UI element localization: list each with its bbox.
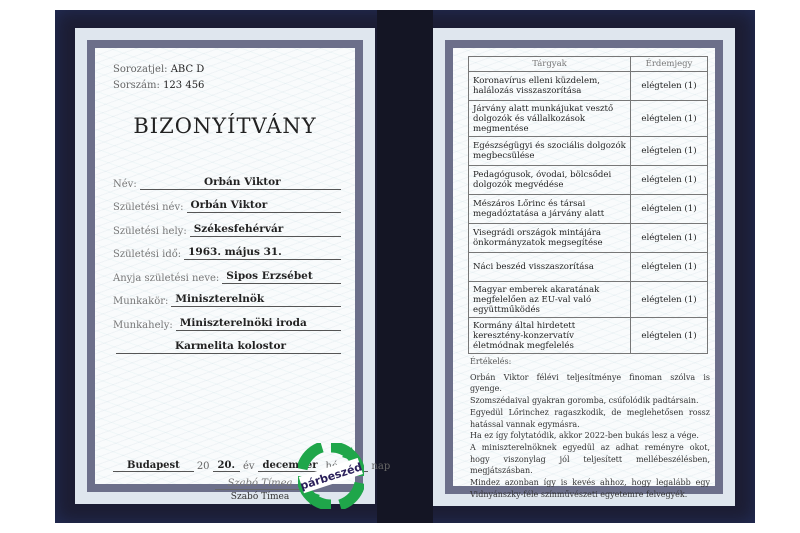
subject-cell: Magyar emberek akaratának megfelelően az… <box>469 282 631 318</box>
grade-cell: elégtelen (1) <box>631 137 708 166</box>
evaluation-text: Orbán Viktor félévi teljesítménye finoma… <box>470 372 710 501</box>
table-row: Mészáros Lőrinc és társai megadóztatása … <box>469 195 708 224</box>
subject-cell: Pedagógusok, óvodai, bölcsődei dolgozók … <box>469 166 631 195</box>
subject-cell: Náci beszéd visszaszorítása <box>469 253 631 282</box>
field-name: Név: Orbán Viktor <box>113 166 341 190</box>
field-birth-name: Születési név: Orbán Viktor <box>113 190 341 214</box>
folder-spine <box>377 10 433 523</box>
table-header-row: Tárgyak Érdemjegy <box>469 57 708 72</box>
header-subjects: Tárgyak <box>469 57 631 72</box>
grade-cell: elégtelen (1) <box>631 72 708 101</box>
subject-cell: Egészségügyi és szociális dolgozók megbe… <box>469 137 631 166</box>
issue-place: Budapest <box>113 460 194 472</box>
grade-cell: elégtelen (1) <box>631 282 708 318</box>
field-birth-date: Születési idő: 1963. május 31. <box>113 237 341 261</box>
grade-cell: elégtelen (1) <box>631 101 708 137</box>
table-row: Náci beszéd visszaszorításaelégtelen (1) <box>469 253 708 282</box>
evaluation-paragraph: Orbán Viktor félévi teljesítménye finoma… <box>470 372 710 395</box>
table-row: Koronavírus elleni küzdelem, halálozás v… <box>469 72 708 101</box>
issue-year: 20. <box>213 460 240 472</box>
grades-table: Tárgyak Érdemjegy Koronavírus elleni küz… <box>468 56 708 354</box>
table-row: Pedagógusok, óvodai, bölcsődei dolgozók … <box>469 166 708 195</box>
evaluation-paragraph: Mindez azonban így is kevés ahhoz, hogy … <box>470 477 710 500</box>
subject-cell: Koronavírus elleni küzdelem, halálozás v… <box>469 72 631 101</box>
table-row: Kormány által hirdetett keresztény-konze… <box>469 318 708 354</box>
table-row: Egészségügyi és szociális dolgozók megbe… <box>469 137 708 166</box>
left-page: Sorozatjel: ABC D Sorszám: 123 456 BIZON… <box>75 28 375 504</box>
evaluation-paragraph: A miniszterelnöknek egyedül az adhat rem… <box>470 442 710 477</box>
subject-cell: Járvány alatt munkájukat vesztő dolgozók… <box>469 101 631 137</box>
series-value: ABC D <box>171 64 205 75</box>
signature: Szabó Tímea <box>215 478 305 490</box>
table-row: Visegrádi országok mintájára önkormányza… <box>469 224 708 253</box>
header-grade: Érdemjegy <box>631 57 708 72</box>
evaluation-paragraph: Szomszédaival gyakran goromba, csúfolódi… <box>470 395 710 407</box>
table-row: Magyar emberek akaratának megfelelően az… <box>469 282 708 318</box>
subject-cell: Mészáros Lőrinc és társai megadóztatása … <box>469 195 631 224</box>
field-workplace-address: Karmelita kolostor <box>113 331 341 355</box>
grade-cell: elégtelen (1) <box>631 166 708 195</box>
signature-block: Szabó Tímea Szabó Tímea <box>215 478 305 502</box>
field-position: Munkakör: Miniszterelnök <box>113 284 341 308</box>
left-page-paper: Sorozatjel: ABC D Sorszám: 123 456 BIZON… <box>95 48 355 484</box>
serial-info: Sorozatjel: ABC D Sorszám: 123 456 <box>113 62 204 94</box>
grade-cell: elégtelen (1) <box>631 318 708 354</box>
number-value: 123 456 <box>163 80 204 91</box>
evaluation-paragraph: Egyedül Lőrinchez ragaszkodik, de megleh… <box>470 407 710 430</box>
field-workplace: Munkahely: Miniszterelnöki iroda <box>113 307 341 331</box>
personal-fields: Név: Orbán Viktor Születési név: Orbán V… <box>113 166 341 354</box>
subject-cell: Visegrádi országok mintájára önkormányza… <box>469 224 631 253</box>
parbeszed-logo-icon: párbeszéd <box>298 443 364 509</box>
table-row: Járvány alatt munkájukat vesztő dolgozók… <box>469 101 708 137</box>
subject-cell: Kormány által hirdetett keresztény-konze… <box>469 318 631 354</box>
grade-cell: elégtelen (1) <box>631 195 708 224</box>
number-label: Sorszám: <box>113 80 160 91</box>
document-title: BIZONYÍTVÁNY <box>95 114 355 138</box>
evaluation-heading: Értékelés: <box>470 356 710 368</box>
grade-cell: elégtelen (1) <box>631 224 708 253</box>
signatory-name: Szabó Tímea <box>215 492 305 502</box>
field-mother-name: Anyja születési neve: Sipos Erzsébet <box>113 260 341 284</box>
evaluation-paragraph: Ha ez így folytatódik, akkor 2022-ben bu… <box>470 430 710 442</box>
series-label: Sorozatjel: <box>113 64 168 75</box>
field-birth-place: Születési hely: Székesfehérvár <box>113 213 341 237</box>
evaluation: Értékelés: Orbán Viktor félévi teljesítm… <box>470 356 710 500</box>
grade-cell: elégtelen (1) <box>631 253 708 282</box>
